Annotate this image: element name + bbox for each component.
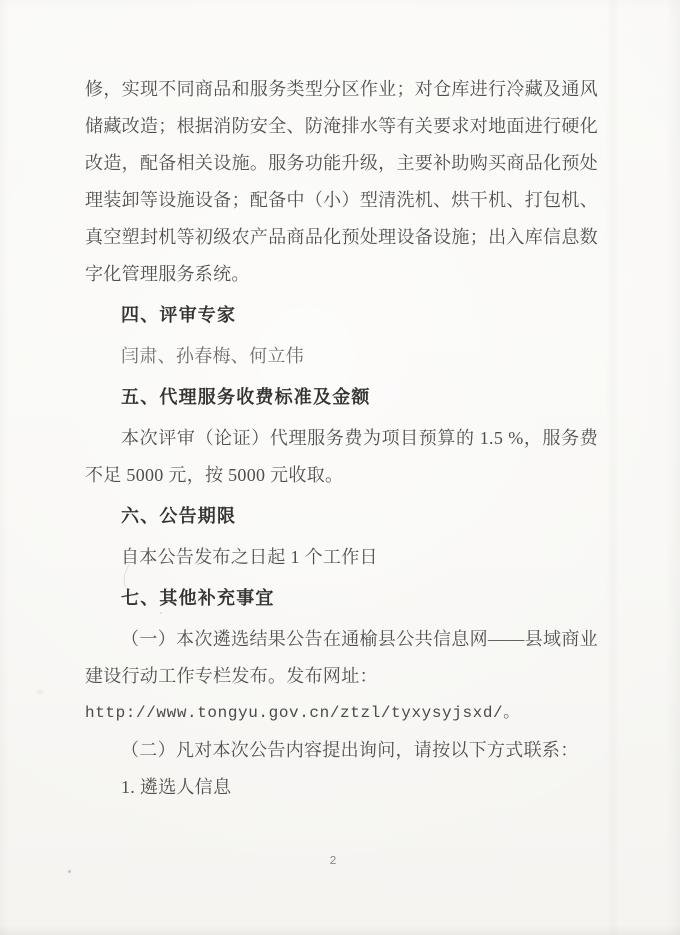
document-body: 修，实现不同商品和服务类型分区作业；对仓库进行冷藏及通风储藏改造；根据消防安全、…	[85, 71, 598, 806]
section-5-heading: 五、代理服务收费标准及金额	[85, 379, 598, 416]
section-7-item-1: （一）本次遴选结果公告在通榆县公共信息网——县域商业建设行动工作专栏发布。发布网…	[85, 621, 598, 695]
publish-url-text: http://www.tongyu.gov.cn/ztzl/tyxysyjsxd…	[85, 695, 598, 732]
page-number: 2	[0, 852, 673, 870]
section-4-experts-list: 闫肃、孙春梅、何立伟	[85, 338, 598, 375]
scanned-document-page: 修，实现不同商品和服务类型分区作业；对仓库进行冷藏及通风储藏改造；根据消防安全、…	[0, 0, 680, 935]
scan-smudge	[36, 690, 44, 694]
section-4-heading: 四、评审专家	[85, 297, 598, 334]
section-5-body: 本次评审（论证）代理服务费为项目预算的 1.5 %，服务费不足 5000 元，按…	[85, 420, 598, 494]
section-7-item-2: （二）凡对本次公告内容提出询问，请按以下方式联系：	[85, 732, 598, 769]
intro-continuation-paragraph: 修，实现不同商品和服务类型分区作业；对仓库进行冷藏及通风储藏改造；根据消防安全、…	[85, 71, 598, 293]
section-7-heading: 七、其他补充事宜	[85, 580, 598, 617]
section-6-body: 自本公告发布之日起 1 个工作日	[85, 539, 598, 576]
section-7-item-3: 1. 遴选人信息	[85, 769, 598, 806]
scan-speckle	[68, 870, 71, 873]
section-6-heading: 六、公告期限	[85, 498, 598, 535]
